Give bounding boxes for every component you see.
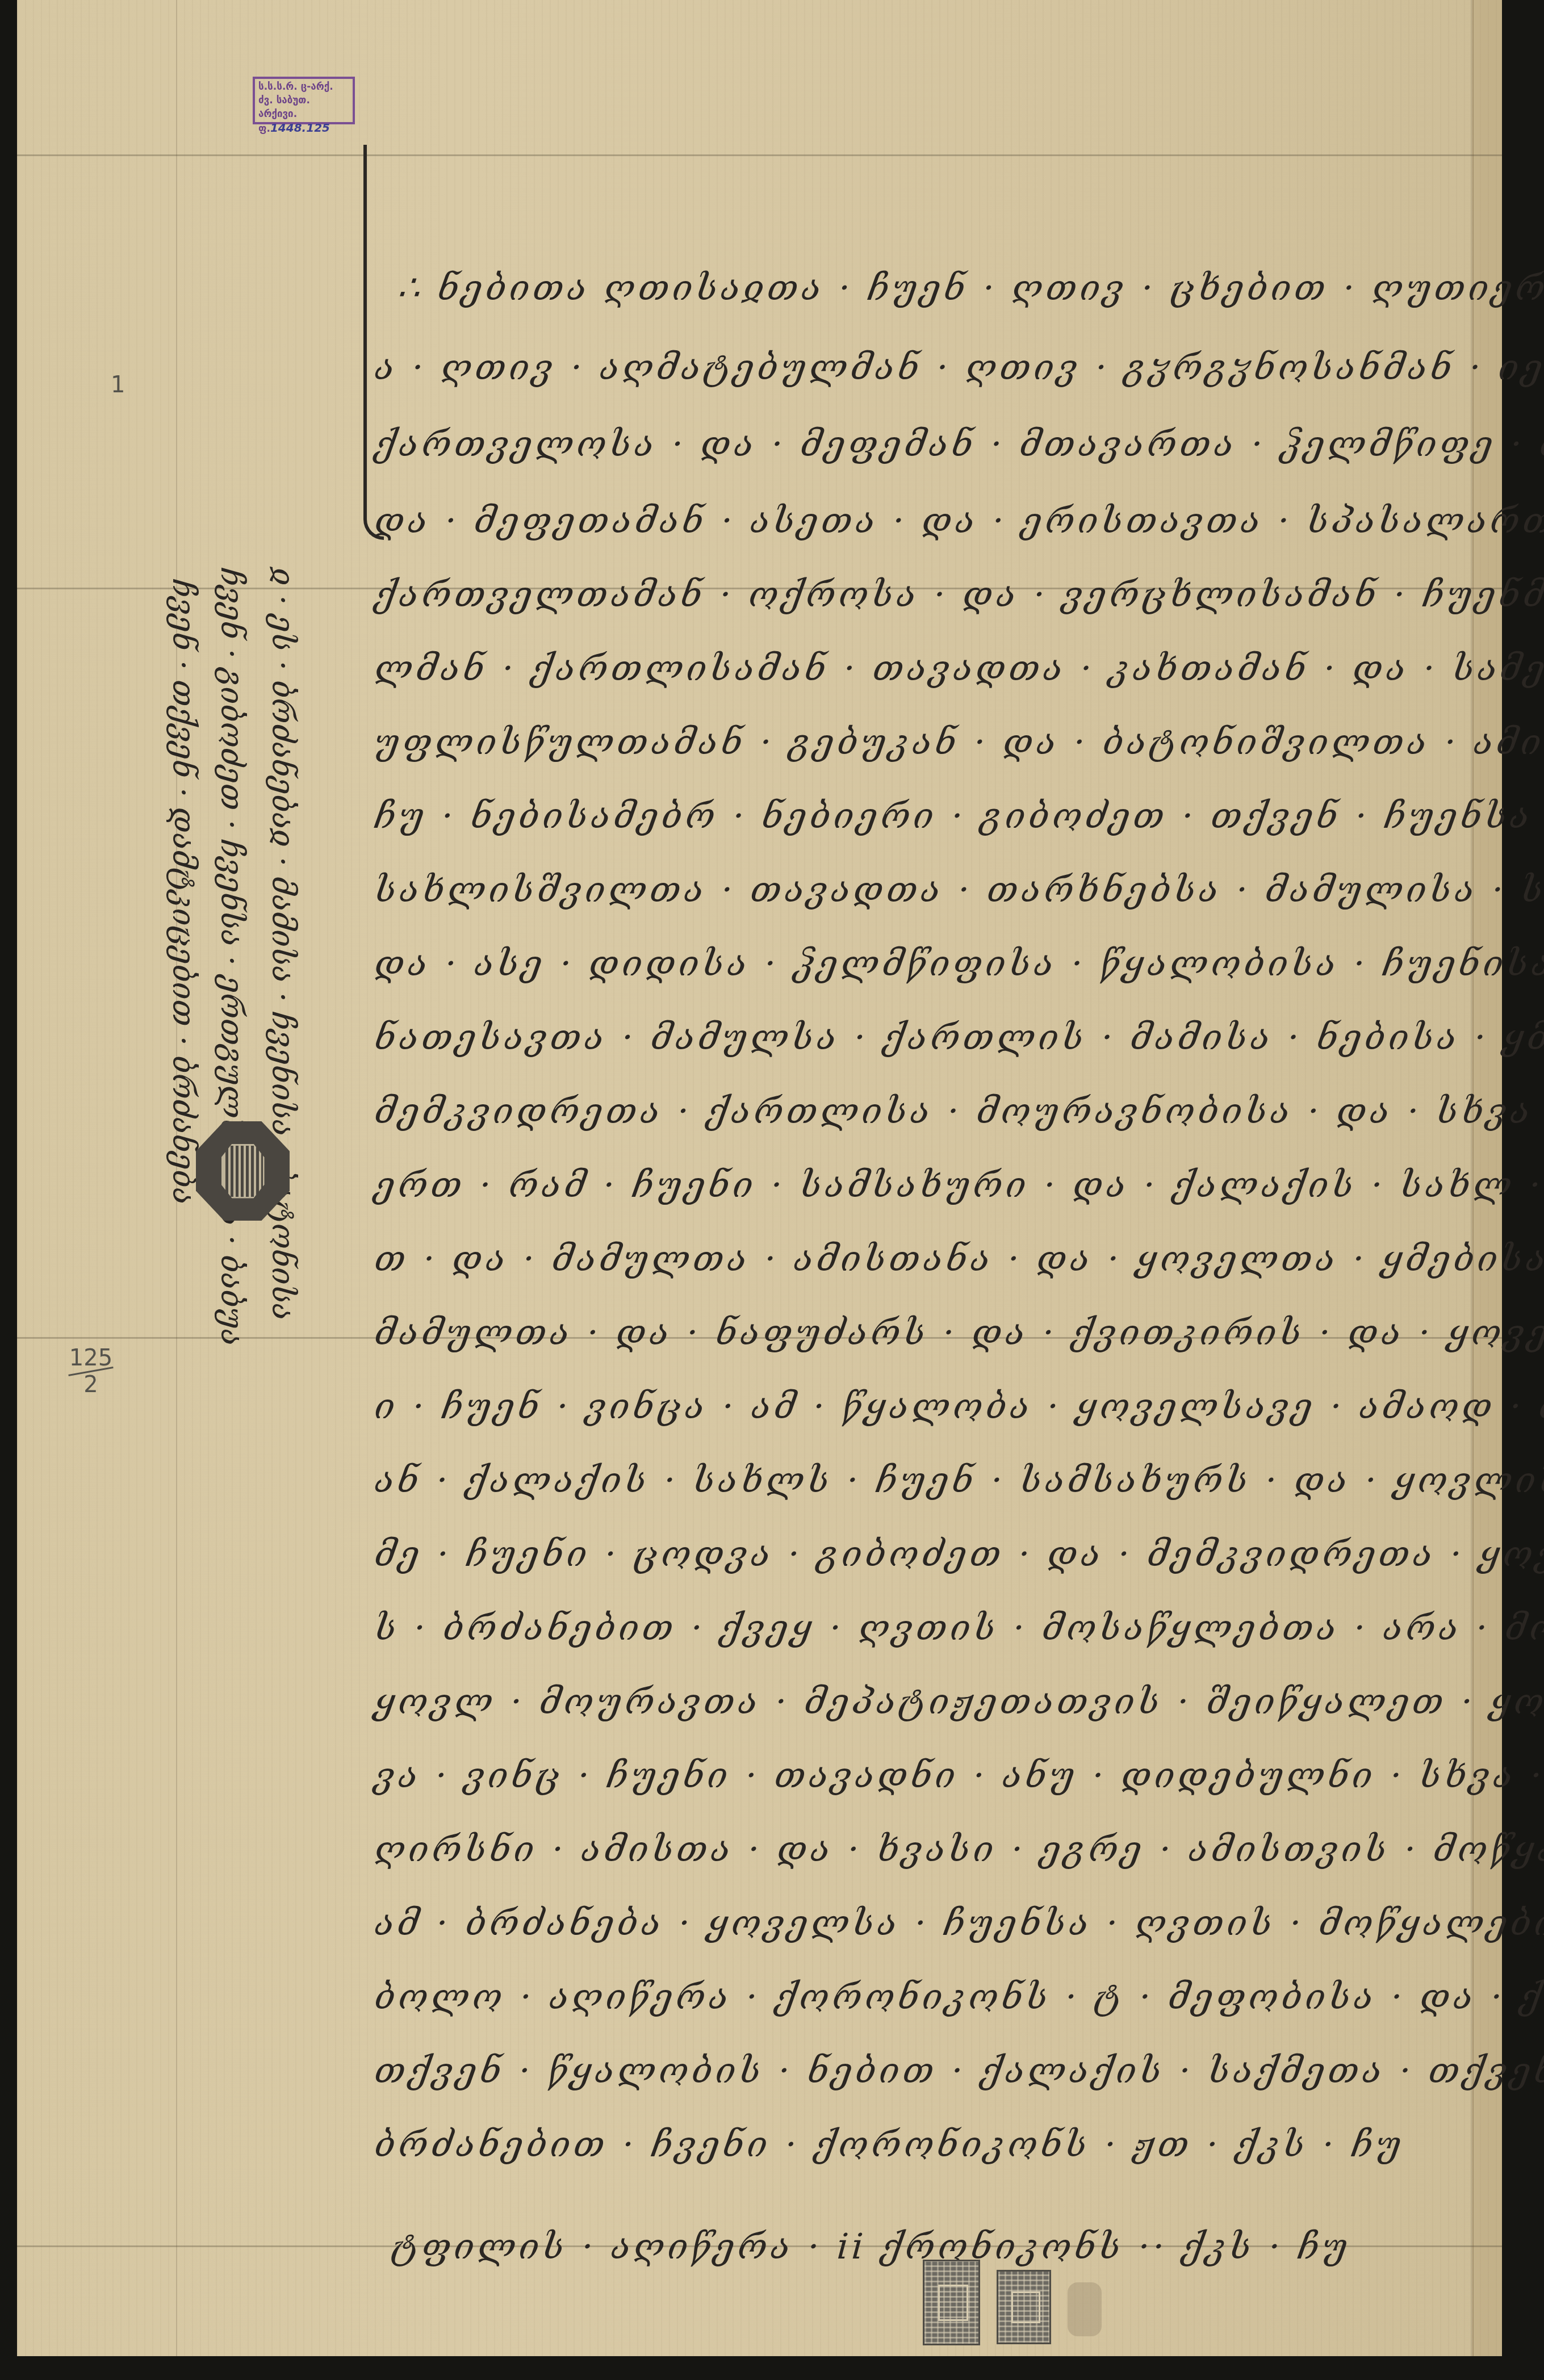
text-line: ლმან · ქართლისამან · თავადთა · კახთამან … — [373, 647, 1472, 689]
text-line: და · ასე · დიდისა · ჴელმწიფისა · წყალობი… — [373, 942, 1472, 984]
archive-stamp-line2: ძვ. საბუთ. არქივი. — [258, 94, 349, 121]
fold-line — [17, 154, 1502, 156]
archive-stamp-line3: ფ.1448.125 — [258, 121, 349, 136]
margin-note-line: ჩვენ · თქვენ · დამტკიცებით · ბრძანება — [166, 579, 202, 1204]
text-line: ან · ქალაქის · სახლს · ჩუენ · სამსახურს … — [373, 1459, 1472, 1501]
text-line: ბოლო · აღიწერა · ქორონიკონს · ტ · მეფობი… — [373, 1976, 1472, 2017]
text-line: თქვენ · წყალობის · ნებით · ქალაქის · საქ… — [373, 2050, 1472, 2091]
closing-line: ტფილის · აღიწერა · ii ქრონიკონს ·· ქკს ·… — [390, 2226, 961, 2267]
fond-number: 1448. — [270, 121, 306, 135]
text-line: ს · ბრძანებით · ქვეყ · ღვთის · მოსაწყლებ… — [373, 1607, 1472, 1648]
text-line: ქართველოსა · და · მეფემან · მთავართა · ჴ… — [373, 423, 1472, 464]
text-line: ჩუ · ნებისამებრ · ნებიერი · გიბოძეთ · თქ… — [373, 795, 1472, 836]
archive-stamp-line1: ს.ს.ს.რ. ც-არქ. — [258, 80, 349, 94]
seal-center — [221, 1144, 265, 1199]
text-line: ∴ ნებითა ღთისაჲთა · ჩუენ · ღთივ · ცხებით… — [396, 267, 1495, 308]
text-line: სახლისშვილთა · თავადთა · თარხნებსა · მამ… — [373, 869, 1472, 910]
text-line: ნათესავთა · მამულსა · ქართლის · მამისა ·… — [373, 1016, 1472, 1058]
invocation-initial — [363, 145, 384, 540]
text-line: ქართველთამან · ოქროსა · და · ვერცხლისამა… — [373, 573, 1472, 615]
text-line: ერთ · რამ · ჩუენი · სამსახური · და · ქალ… — [373, 1164, 1472, 1205]
text-line: ბრძანებით · ჩვენი · ქორონიკონს · ჟთ · ქკ… — [373, 2123, 1472, 2165]
text-line: მე · ჩუენი · ცოდვა · გიბოძეთ · და · მემკ… — [373, 1533, 1472, 1574]
reference-denominator: 2 — [83, 1372, 98, 1397]
square-seal — [923, 2260, 980, 2345]
text-line: მამულთა · და · ნაფუძარს · და · ქვითკირის… — [373, 1311, 1472, 1353]
text-line: ვა · ვინც · ჩუენი · თავადნი · ანუ · დიდე… — [373, 1754, 1472, 1796]
folio-number: 1 — [111, 372, 125, 398]
text-line: ა · ღთივ · აღმატებულმან · ღთივ · გჳრგჳნო… — [373, 346, 1472, 388]
text-line: ი · ჩუენ · ვინცა · ამ · წყალობა · ყოველს… — [373, 1385, 1472, 1427]
octagonal-seal — [196, 1121, 290, 1221]
text-line: მემკვიდრეთა · ქართლისა · მოურავნობისა · … — [373, 1090, 1472, 1132]
fond-prefix: ფ. — [258, 123, 270, 135]
text-line: ყოვლ · მოურავთა · მეპატიჟეთათვის · შეიწყ… — [373, 1681, 1472, 1722]
faint-seal — [1068, 2282, 1102, 2336]
reference-number: 125 2 — [68, 1346, 114, 1397]
margin-note-line: ჩვენ · გიბოძეთ · ჩვენსა · ერთგულსა · და … — [214, 568, 250, 1346]
text-line: თ · და · მამულთა · ამისთანა · და · ყოველ… — [373, 1238, 1472, 1279]
archive-stamp: ს.ს.ს.რ. ც-არქ. ძვ. საბუთ. არქივი. ფ.144… — [253, 77, 355, 124]
square-seal — [997, 2270, 1051, 2344]
text-line: ამ · ბრძანება · ყოველსა · ჩუენსა · ღვთის… — [373, 1902, 1472, 1943]
text-line: და · მეფეთამან · ასეთა · და · ერისთავთა … — [373, 500, 1472, 541]
item-number: 125 — [306, 121, 330, 135]
text-line: უფლისწულთამან · გებუკან · და · ბატონიშვი… — [373, 721, 1472, 762]
text-line: ღირსნი · ამისთა · და · ხვასი · ეგრე · ამ… — [373, 1828, 1472, 1870]
reference-numerator: 125 — [69, 1346, 112, 1371]
